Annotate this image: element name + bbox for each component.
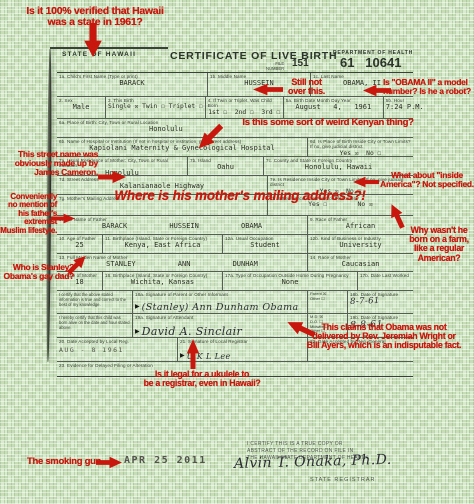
- certificate-number: 61 10641: [340, 55, 401, 70]
- annotation-james-cameron: This street name was obviously made up b…: [8, 150, 98, 177]
- annotation-born-on-farm: Why wasn't he born on a farm, like a reg…: [406, 226, 472, 263]
- field-father-name: 8. Full Name of Father BARACK HUSSEIN OB…: [57, 216, 307, 234]
- certificate-title: CERTIFICATE OF LIVE BIRTH: [170, 50, 337, 62]
- field-sex: 2. Sex Male: [57, 97, 105, 118]
- field-mother-race: 14. Race of Mother Caucasian: [307, 254, 413, 271]
- parent-signature: (Stanley) Ann Dunham Obama: [142, 302, 299, 313]
- field-birth-inside-limits: 6d. Is Place of Birth Inside City or Tow…: [307, 138, 413, 156]
- black-triangle-icon: ▶: [135, 329, 140, 335]
- parent-signature-date: 8-7-61: [350, 295, 411, 307]
- field-parent-signature: 18a. Signature of Parent or Other Inform…: [132, 291, 307, 313]
- field-date-accepted-local: 20. Date Accepted by Local Reg. AUG - 8 …: [57, 338, 177, 361]
- annotation-smoking-gun: The smoking gun.: [27, 457, 103, 467]
- attendant-signature: David A. Sinclair: [142, 325, 243, 338]
- row-child-name: 1a. Child's First Name (Type or print) B…: [57, 73, 413, 96]
- annotation-still-not-over: Still not over this.: [288, 78, 325, 97]
- field-twin-order: 4. If Twin or Triplet, Was Child Born 1s…: [205, 97, 283, 118]
- field-parent-signature-date: 18b. Date of Signature 8-7-61: [347, 291, 413, 313]
- black-triangle-icon: ▶: [180, 353, 185, 359]
- field-child-first-name: 1a. Child's First Name (Type or print) B…: [57, 73, 207, 96]
- row-mother-name: 13. Full Maiden Name of Mother STANLEY A…: [57, 253, 413, 271]
- date-filed-stamp: APR 25 2011: [124, 455, 207, 466]
- state-registrar-title: STATE REGISTRAR: [310, 477, 376, 483]
- annotation-mailing-address: Where is his mother's mailing address?!: [112, 189, 368, 203]
- annotation-ukulele-registrar: Is it legal for a ukulele to be a regist…: [136, 370, 268, 388]
- certify-parent-statement: I certify that the above stated informat…: [57, 291, 132, 313]
- field-attendant-signature: 19a. Signature of Attendant ▶David A. Si…: [132, 314, 307, 337]
- local-registrar-date-stamp: AUG - 8 1961: [59, 346, 175, 354]
- black-triangle-icon: ▶: [135, 304, 140, 310]
- field-hour: 5b. Hour 7:24 P.M.: [383, 97, 426, 118]
- field-date-last-worked: 17b. Date Last Worked: [357, 272, 413, 290]
- row-mother-details: 15. Age of Mother 18 16. Birthplace (Isl…: [57, 271, 413, 290]
- file-number-value: 151: [292, 58, 309, 69]
- field-mother-birthplace: 16. Birthplace (Island, State or Foreign…: [102, 272, 222, 290]
- row-sex-birth: 2. Sex Male 3. This Birth Single ☒ Twin …: [57, 96, 413, 118]
- annotation-obama-ii-robot: Is "OBAMA II" a model number? Is he a ro…: [383, 78, 474, 96]
- certify-attendant-statement: I hereby certify that this child was bor…: [57, 314, 132, 337]
- field-father-occupation: 12a. Usual Occupation Student: [222, 235, 307, 253]
- field-mother-occupation: 17a. Type of Occupation Outside Home Dur…: [222, 272, 357, 290]
- annotated-birth-certificate-image: STATE OF HAWAII CERTIFICATE OF LIVE BIRT…: [0, 0, 474, 504]
- row-father-name: 8. Full Name of Father BARACK HUSSEIN OB…: [57, 215, 413, 234]
- annotation-muslim-lifestyle: Conveniently no mention of his father's …: [0, 193, 57, 235]
- field-birth-date: 5a. Birth Date Month Day Year August 4, …: [283, 97, 383, 118]
- row-hospital: 6b. Name of Hospital or Institution (If …: [57, 137, 413, 156]
- file-number-label: FILE NUMBER: [266, 61, 284, 71]
- annotation-inside-america: What about "inside America"? Not specifi…: [380, 171, 474, 189]
- field-father-industry: 12b. Kind of Business or Industry Univer…: [307, 235, 413, 253]
- row-residence: 7a. Usual Residence of Mother: City, Tow…: [57, 156, 413, 175]
- annotation-who-is-stanley: Who is Stanley? Obama's gay dad?: [0, 263, 74, 281]
- state-registrar-signature: Alvin T. Onaka, Ph.D.: [234, 452, 392, 472]
- parent-other-checkboxes: Parent ☒ Other ☐: [307, 291, 347, 313]
- row-parent-signature: I certify that the above stated informat…: [57, 290, 413, 313]
- field-mother-name: 13. Full Maiden Name of Mother STANLEY A…: [57, 254, 307, 271]
- row-father-details: 10. Age of Father 25 11. Birthplace (Isl…: [57, 234, 413, 253]
- field-father-birthplace: 11. Birthplace (Island, State or Foreign…: [102, 235, 222, 253]
- state-of-hawaii-heading: STATE OF HAWAII: [62, 51, 136, 58]
- field-island: 7b. Island Oahu: [187, 157, 263, 175]
- document-top-edge: [50, 47, 168, 49]
- field-this-birth: 3. This Birth Single ☒ Twin ☐ Triplet ☐: [105, 97, 205, 118]
- field-father-age: 10. Age of Father 25: [57, 235, 102, 253]
- annotation-kenyan-thing: Is this some sort of weird Kenyan thing?: [222, 118, 434, 128]
- annotation-wright-ayers: This claims that Obama was not delivered…: [298, 323, 470, 351]
